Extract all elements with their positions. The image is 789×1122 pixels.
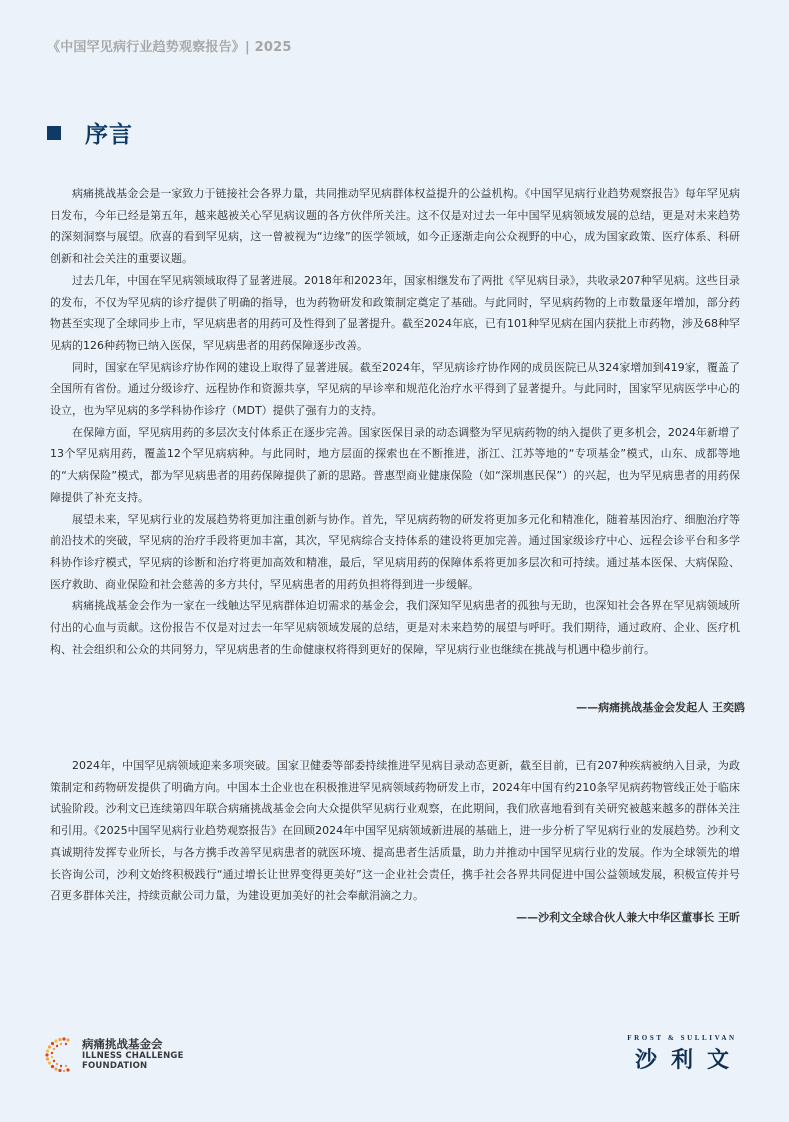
foundation-preface: 病痛挑战基金会是一家致力于链接社会各界力量，共同推动罕见病群体权益提升的公益机构… [50, 183, 740, 660]
paragraph: 展望未来，罕见病行业的发展趋势将更加注重创新与协作。首先，罕见病药物的研发将更加… [50, 509, 740, 596]
frost-sullivan-logo: FROST & SULLIVAN 沙利文 [612, 1034, 752, 1074]
foundation-name-en-line2: FOUNDATION [82, 1061, 184, 1072]
paragraph: 过去几年，中国在罕见病领域取得了显著进展。2018年和2023年，国家相继发布了… [50, 270, 740, 357]
paragraph: 2024年，中国罕见病领域迎来多项突破。国家卫健委等部委持续推进罕见病目录动态更… [50, 755, 740, 907]
paragraph: 病痛挑战基金会是一家致力于链接社会各界力量，共同推动罕见病群体权益提升的公益机构… [50, 183, 740, 270]
illness-challenge-foundation-logo: 病痛挑战基金会 ILLNESS CHALLENGE FOUNDATION [44, 1036, 184, 1072]
section-heading: 序言 [47, 116, 133, 149]
frost-sullivan-signature: ——沙利文全球合伙人兼大中华区董事长 王昕 [50, 907, 740, 929]
foundation-name-cn: 病痛挑战基金会 [82, 1037, 184, 1051]
paragraph: 在保障方面，罕见病用药的多层次支付体系正在逐步完善。国家医保目录的动态调整为罕见… [50, 422, 740, 509]
frost-sullivan-name-en: FROST & SULLIVAN [612, 1034, 752, 1042]
illness-challenge-foundation-logo-icon [44, 1036, 76, 1072]
running-header: 《中国罕见病行业趋势观察报告》| 2025 [47, 36, 292, 55]
frost-sullivan-preface: 2024年，中国罕见病领域迎来多项突破。国家卫健委等部委持续推进罕见病目录动态更… [50, 755, 740, 929]
frost-sullivan-name-cn: 沙利文 [612, 1043, 752, 1074]
paragraph: 病痛挑战基金会作为一家在一线触达罕见病群体迫切需求的基金会，我们深知罕见病患者的… [50, 595, 740, 660]
section-title: 序言 [85, 116, 133, 149]
foundation-signature: ——病痛挑战基金会发起人 王奕鸥 [576, 699, 745, 715]
heading-square-bullet-icon [47, 126, 61, 140]
foundation-name: 病痛挑战基金会 ILLNESS CHALLENGE FOUNDATION [82, 1037, 184, 1072]
foundation-name-en-line1: ILLNESS CHALLENGE [82, 1051, 184, 1062]
paragraph: 同时，国家在罕见病诊疗协作网的建设上取得了显著进展。截至2024年，罕见病诊疗协… [50, 357, 740, 422]
